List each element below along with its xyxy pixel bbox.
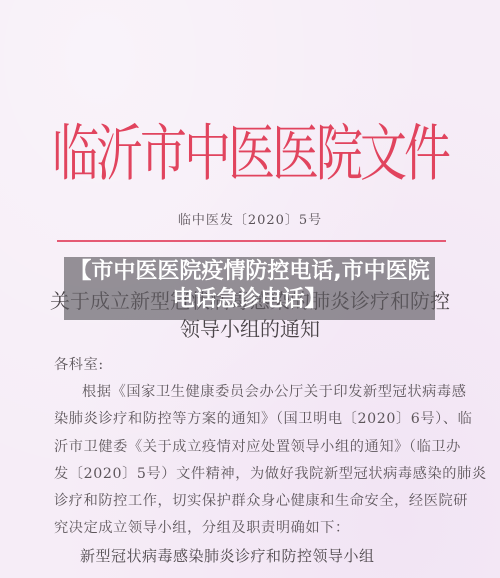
document-number: 临中医发〔2020〕5号 (0, 209, 500, 228)
caption-overlay-line1: 【市中医医院疫情防控电话,市中医院 (64, 258, 435, 286)
salutation: 各科室: (54, 352, 104, 379)
paragraph-line: 究决定成立领导小组，分组及职责明确如下： (54, 515, 350, 542)
red-divider-rule (57, 240, 446, 242)
group-subheading: 新型冠状病毒感染肺炎诊疗和防控领导小组 (80, 545, 375, 566)
paragraph-line: 发〔2020〕5号）文件精神，为做好我院新型冠状病毒感染的肺炎 (54, 461, 487, 488)
paragraph-line: 诊疗和防控工作，切实保护群众身心健康和生命安全，经医院研 (54, 488, 468, 515)
caption-overlay-line2: 电话急诊电话】 (64, 286, 435, 314)
paragraph-line: 沂市卫健委《关于成立疫情对应处置领导小组的通知》（临卫办 (54, 434, 461, 461)
paragraph-line: 根据《国家卫生健康委员会办公厅关于印发新型冠状病毒感 (82, 379, 466, 406)
issuer-title: 临沂市中医医院文件 (0, 112, 500, 198)
document-page: 临沂市中医医院文件 临中医发〔2020〕5号 关于成立新型冠状病毒感染的肺炎诊疗… (0, 0, 500, 578)
paragraph-line: 染肺炎诊疗和防控等方案的通知》（国卫明电〔2020〕6号）、临 (54, 406, 472, 433)
